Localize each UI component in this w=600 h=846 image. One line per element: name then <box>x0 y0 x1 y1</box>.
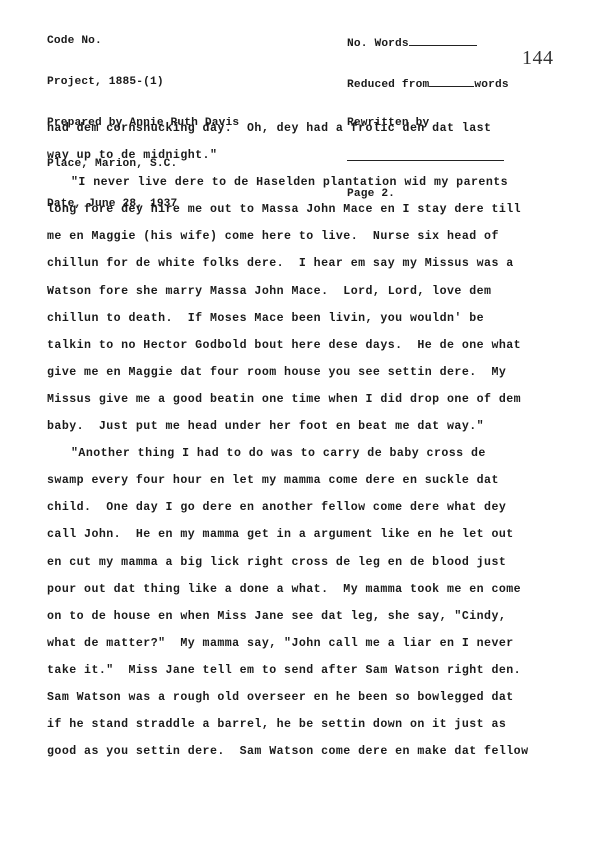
no-words-field: No. Words <box>347 35 509 49</box>
reduced-from-blank <box>429 76 474 87</box>
text-line: Missus give me a good beatin one time wh… <box>47 386 567 413</box>
text-line: baby. Just put me head under her foot en… <box>47 413 567 440</box>
text-line: on to de house en when Miss Jane see dat… <box>47 603 567 630</box>
text-line: talkin to no Hector Godbold bout here de… <box>47 332 567 359</box>
project-field: Project, 1885-(1) <box>47 76 239 90</box>
text-line: pour out dat thing like a done a what. M… <box>47 576 567 603</box>
no-words-blank <box>409 35 477 46</box>
text-line: me en Maggie (his wife) come here to liv… <box>47 223 567 250</box>
text-line: "Another thing I had to do was to carry … <box>47 440 567 467</box>
reduced-from-label: Reduced from <box>347 79 429 91</box>
text-line: "I never live dere to de Haselden planta… <box>47 169 567 196</box>
document-page: Code No. Project, 1885-(1) Prepared by A… <box>0 0 600 846</box>
text-line: child. One day I go dere en another fell… <box>47 494 567 521</box>
text-line: give me en Maggie dat four room house yo… <box>47 359 567 386</box>
text-line: what de matter?" My mamma say, "John cal… <box>47 630 567 657</box>
text-line: good as you settin dere. Sam Watson come… <box>47 738 567 765</box>
text-line: swamp every four hour en let my mamma co… <box>47 467 567 494</box>
page-number-stamp: 144 <box>522 47 554 70</box>
text-line: chillun for de white folks dere. I hear … <box>47 250 567 277</box>
text-line: Sam Watson was a rough old overseer en h… <box>47 684 567 711</box>
no-words-label: No. Words <box>347 38 409 50</box>
text-line: take it." Miss Jane tell em to send afte… <box>47 657 567 684</box>
reduced-from-suffix: words <box>474 79 508 91</box>
code-no-label: Code No. <box>47 35 239 49</box>
text-line: chillun to death. If Moses Mace been liv… <box>47 305 567 332</box>
text-line: Watson fore she marry Massa John Mace. L… <box>47 278 567 305</box>
text-line: call John. He en my mamma get in a argum… <box>47 521 567 548</box>
text-line: en cut my mamma a big lick right cross d… <box>47 549 567 576</box>
text-line: had dem cornshucking day. Oh, dey had a … <box>47 115 567 142</box>
text-line: long fore dey hire me out to Massa John … <box>47 196 567 223</box>
transcript-body: had dem cornshucking day. Oh, dey had a … <box>47 115 567 765</box>
text-line: if he stand straddle a barrel, he be set… <box>47 711 567 738</box>
text-line: way up to de midnight." <box>47 142 567 169</box>
reduced-from-field: Reduced fromwords <box>347 76 509 90</box>
